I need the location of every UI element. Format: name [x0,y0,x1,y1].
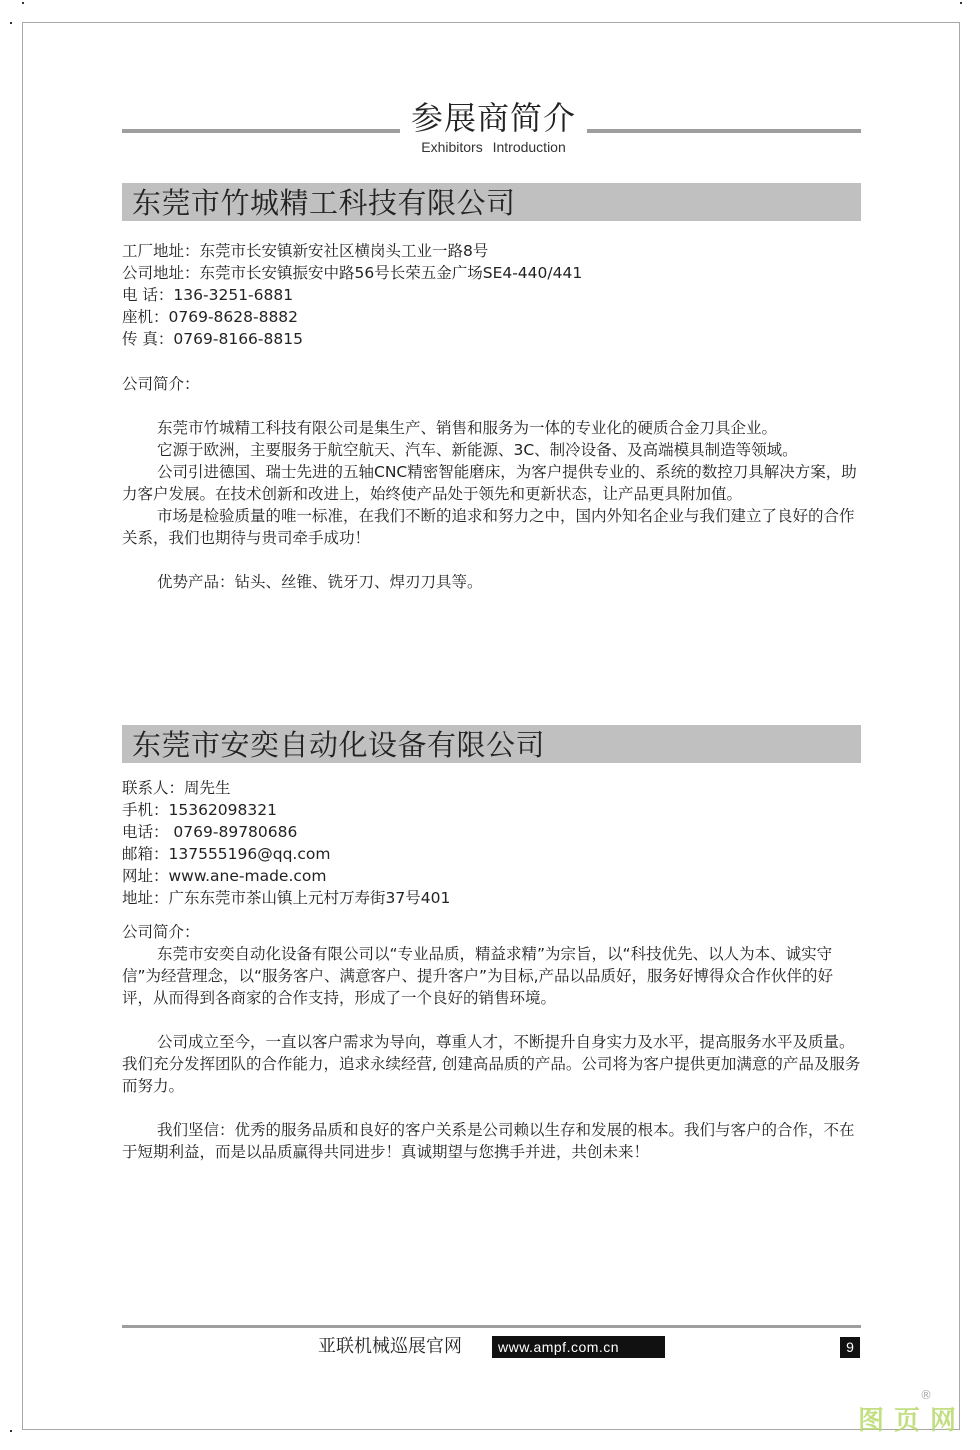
intro-label: 公司简介： [122,373,862,395]
intro-paragraph: 我们坚信：优秀的服务品质和良好的客户关系是公司赖以生存和发展的根本。我们与客户的… [122,1119,862,1163]
contact-line: 电话： 0769-89780686 [122,821,862,843]
company-name: 东莞市安奕自动化设备有限公司 [132,726,545,764]
watermark-logo: 图页网 ® [858,1400,966,1437]
contact-line: 公司地址：东莞市长安镇振安中路56号长荣五金广场SE4-440/441 [122,262,862,284]
crop-mark [10,22,12,24]
contact-line: 地址：广东东莞市茶山镇上元村万寿街37号401 [122,887,862,909]
company-intro: 公司简介： 东莞市安奕自动化设备有限公司以“专业品质，精益求精”为宗旨，以“科技… [122,921,862,1163]
company-contacts: 工厂地址：东莞市长安镇新安社区横岗头工业一路8号 公司地址：东莞市长安镇振安中路… [122,240,862,350]
page-title: 参展商简介 [400,98,587,138]
intro-paragraph: 东莞市竹城精工科技有限公司是集生产、销售和服务为一体的专业化的硬质合金刀具企业。 [122,417,862,439]
intro-paragraph: 公司成立至今，一直以客户需求为导向，尊重人才，不断提升自身实力及水平，提高服务水… [122,1031,862,1097]
crop-mark [960,2,962,4]
contact-line: 电 话：136-3251-6881 [122,284,862,306]
contact-line: 手机：15362098321 [122,799,862,821]
intro-paragraph: 东莞市安奕自动化设备有限公司以“专业品质，精益求精”为宗旨，以“科技优先、以人为… [122,943,862,1009]
intro-paragraph: 市场是检验质量的唯一标准，在我们不断的追求和努力之中，国内外知名企业与我们建立了… [122,505,862,549]
footer-rule [122,1325,861,1328]
page-subtitle: Exhibitors Introduction [400,139,587,155]
contact-line: 传 真：0769-8166-8815 [122,328,862,350]
contact-line: 工厂地址：东莞市长安镇新安社区横岗头工业一路8号 [122,240,862,262]
crop-mark [10,1430,12,1432]
company-title-bar: 东莞市竹城精工科技有限公司 [122,183,861,221]
contact-line: 座机：0769-8628-8882 [122,306,862,328]
company-contacts: 联系人：周先生 手机：15362098321 电话： 0769-89780686… [122,777,862,909]
company-title-bar: 东莞市安奕自动化设备有限公司 [122,725,861,763]
company-name: 东莞市竹城精工科技有限公司 [132,184,516,222]
intro-paragraph: 它源于欧洲，主要服务于航空航天、汽车、新能源、3C、制冷设备、及高端模具制造等领… [122,439,862,461]
intro-label: 公司简介： [122,921,862,943]
contact-line: 联系人：周先生 [122,777,862,799]
header-rule-right [587,129,861,133]
company-intro: 东莞市竹城精工科技有限公司是集生产、销售和服务为一体的专业化的硬质合金刀具企业。… [122,417,862,593]
website-link[interactable]: 网址：www.ane-made.com [122,865,862,887]
footer-site-name: 亚联机械巡展官网 [318,1335,462,1359]
registered-mark-icon: ® [920,1388,932,1402]
products-line: 优势产品：钻头、丝锥、铣牙刀、焊刃刀具等。 [122,571,862,593]
watermark-text: 图页网 [858,1406,966,1436]
crop-mark [22,2,24,4]
contact-line: 邮箱：137555196@qq.com [122,843,862,865]
footer-url[interactable]: www.ampf.com.cn [492,1336,665,1358]
header-rule-left [122,129,400,133]
page-number: 9 [840,1337,860,1358]
intro-paragraph: 公司引进德国、瑞士先进的五轴CNC精密智能磨床，为客户提供专业的、系统的数控刀具… [122,461,862,505]
